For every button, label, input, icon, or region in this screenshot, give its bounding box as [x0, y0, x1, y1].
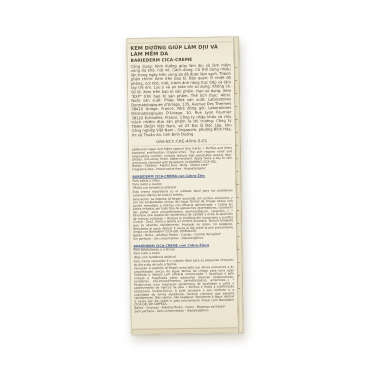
- box-bottom-edge: [132, 327, 238, 334]
- en-claims-line: Fragrance-free - Preservative-free - Hyp…: [132, 167, 232, 172]
- pt-claims-line: Sem perfume - Sem conservantes - Hipoale…: [134, 309, 234, 314]
- photo-backdrop: KEM DƯỠNG GIÚP LÀM DỊU VÀ LÀM MỀM DA BAR…: [0, 0, 373, 373]
- en-description: epidermal repair and fights against skin…: [132, 147, 232, 165]
- en-section: epidermal repair and fights against skin…: [132, 147, 232, 172]
- vi-info-paragraph: Công dụng: Kem dưỡng giúp làm dịu và làm…: [131, 63, 232, 137]
- es-section: BARIEDERM CICA-CREMA con Cobre-Zinc Para…: [132, 173, 233, 241]
- product-box: KEM DƯỠNG GIÚP LÀM DỊU VÀ LÀM MỀM DA BAR…: [126, 36, 244, 335]
- vi-product-title: KEM DƯỠNG GIÚP LÀM DỊU VÀ LÀM MỀM DA: [130, 44, 230, 57]
- box-front-panel: KEM DƯỠNG GIÚP LÀM DỊU VÀ LÀM MỀM DA BAR…: [126, 36, 238, 335]
- es-claims-line: Sin perfume - Sin conservantes - Hipoale…: [133, 236, 233, 241]
- product-ref-code: URA-BCC-CRE-40ml-S-01: [132, 138, 232, 144]
- pt-description: Inovação: A patente QI-Repair associada …: [134, 266, 235, 307]
- label-content: KEM DƯỠNG GIÚP LÀM DỊU VÀ LÀM MỀM DA BAR…: [130, 44, 234, 313]
- es-description: Innovación: La Patente QI-Repair asociad…: [133, 197, 234, 235]
- pt-section: BARIEDERM CICA-CREME com Cobre-Zinco Par…: [133, 243, 234, 314]
